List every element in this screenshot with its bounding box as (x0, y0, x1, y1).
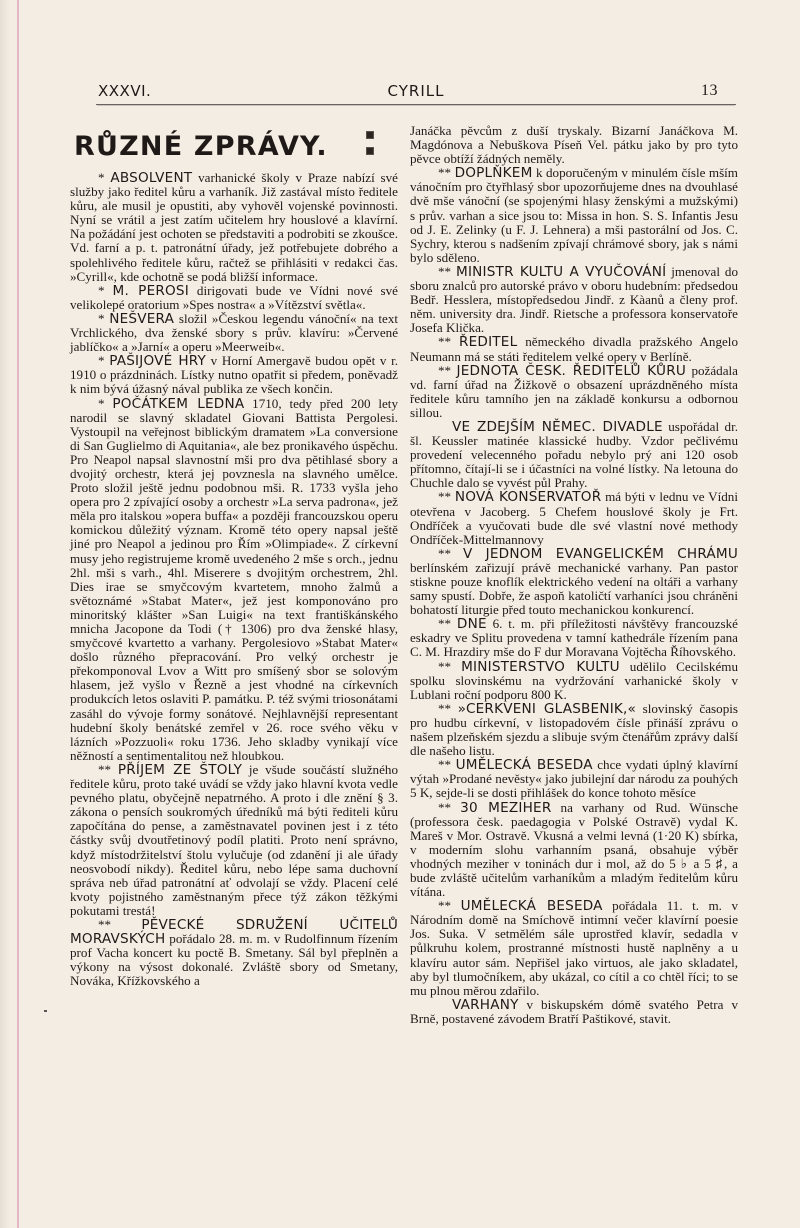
item-marker: ** (98, 762, 111, 777)
item-marker: ** (98, 917, 111, 932)
item-marker: ** (438, 363, 451, 378)
item-text: pořádala 11. t. m. v Národním domě na Sm… (410, 898, 738, 998)
news-item: ** 30 MEZIHER na varhany od Rud. Wünsche… (410, 801, 738, 900)
news-item: ** DOPLŇKEM k doporučeným v minulém čísl… (410, 166, 738, 265)
item-marker: ** (438, 264, 451, 279)
news-item: VE ZDEJŠÍM NĚMEC. DIVADLE uspořádal dr. … (410, 420, 738, 490)
news-item: * POČÁTKEM LEDNA 1710, tedy před 200 let… (70, 397, 398, 763)
news-item: ** »CERKVENI GLASBENIK,« slovinský časop… (410, 702, 738, 758)
item-text: Janáčka pěvcům z duší tryskaly. Bizarní … (410, 123, 738, 166)
page-number: 13 (701, 82, 718, 100)
running-head: XXXVI. CYRILL 13 (96, 80, 736, 105)
item-marker: * (98, 311, 105, 326)
item-marker: ** (438, 165, 451, 180)
square-ornament-icon (366, 147, 374, 155)
item-marker: * (98, 170, 105, 185)
left-column: RŮZNÉ ZPRÁVY. * ABSOLVENT varhanické ško… (70, 122, 398, 988)
news-item: ** DNE 6. t. m. při příležitosti návštěv… (410, 617, 738, 659)
item-text: varhanické školy v Praze nabízí své služ… (70, 170, 398, 284)
item-text: k doporučeným v minulém čísle mším vánoč… (410, 165, 738, 265)
page-edge-shadow (0, 0, 10, 1228)
news-item: * M. PEROSI dirigovati bude ve Vídni nov… (70, 284, 398, 312)
news-item: * NEŠVERA složil »Českou legendu vánoční… (70, 312, 398, 354)
news-item: Janáčka pěvcům z duší tryskaly. Bizarní … (410, 124, 738, 166)
news-item: VARHANY v biskupském dómě svatého Petra … (410, 998, 738, 1026)
item-text: 1710, tedy před 200 lety narodil se slav… (70, 396, 398, 763)
item-text: je všude součástí služného ředitele kůru… (70, 762, 398, 918)
journal-title: CYRILL (96, 82, 736, 100)
item-marker: ** (438, 898, 451, 913)
right-column: Janáčka pěvcům z duší tryskaly. Bizarní … (410, 124, 738, 1026)
item-marker: * (98, 396, 105, 411)
news-item: ** MINISTR KULTU A VYUČOVÁNÍ jmenoval do… (410, 265, 738, 335)
square-ornament-icon (366, 131, 374, 139)
news-items-right: Janáčka pěvcům z duší tryskaly. Bizarní … (410, 124, 738, 1026)
margin-rule (17, 0, 19, 1228)
section-title: RŮZNÉ ZPRÁVY. (74, 130, 398, 164)
item-marker: ** (438, 701, 451, 716)
item-marker: ** (438, 546, 451, 561)
ink-speck (44, 1010, 47, 1012)
news-item: ** MINISTERSTVO KULTU udělilo Cecilskému… (410, 660, 738, 702)
news-item: ** NOVÁ KONSERVATOŘ má býti v lednu ve V… (410, 490, 738, 546)
news-items-left: * ABSOLVENT varhanické školy v Praze nab… (70, 171, 398, 988)
item-marker: * (98, 353, 105, 368)
item-marker: ** (438, 659, 451, 674)
news-item: * ABSOLVENT varhanické školy v Praze nab… (70, 171, 398, 284)
news-item: ** ŘEDITEL německého divadla pražského A… (410, 335, 738, 363)
item-marker: ** (438, 334, 451, 349)
item-text: berlínském zařizují právě mechanické var… (410, 560, 738, 617)
item-text: na varhany od Rud. Wünsche (professora č… (410, 800, 738, 900)
news-item: ** V JEDNOM EVANGELICKÉM CHRÁMU berlínsk… (410, 547, 738, 617)
news-item: ** PŘÍJEM ZE ŠTOLY je všude součástí slu… (70, 763, 398, 918)
item-marker: ** (438, 757, 451, 772)
news-item: ** UMĚLECKÁ BESEDA chce vydati úplný kla… (410, 758, 738, 800)
news-item: ** JEDNOTA ČESK. ŘEDITELŮ KŮRU požádala … (410, 364, 738, 420)
item-marker: ** (438, 489, 451, 504)
news-item: * PAŠIJOVÉ HRY v Horní Amergavě budou op… (70, 354, 398, 396)
item-marker: ** (438, 800, 451, 815)
news-item: ** UMĚLECKÁ BESEDA pořádala 11. t. m. v … (410, 899, 738, 998)
item-marker: ** (438, 616, 451, 631)
item-marker: * (98, 283, 105, 298)
news-item: ** PĚVECKÉ SDRUŽENÍ UČITELŮ MORAVSKÝCH p… (70, 918, 398, 988)
